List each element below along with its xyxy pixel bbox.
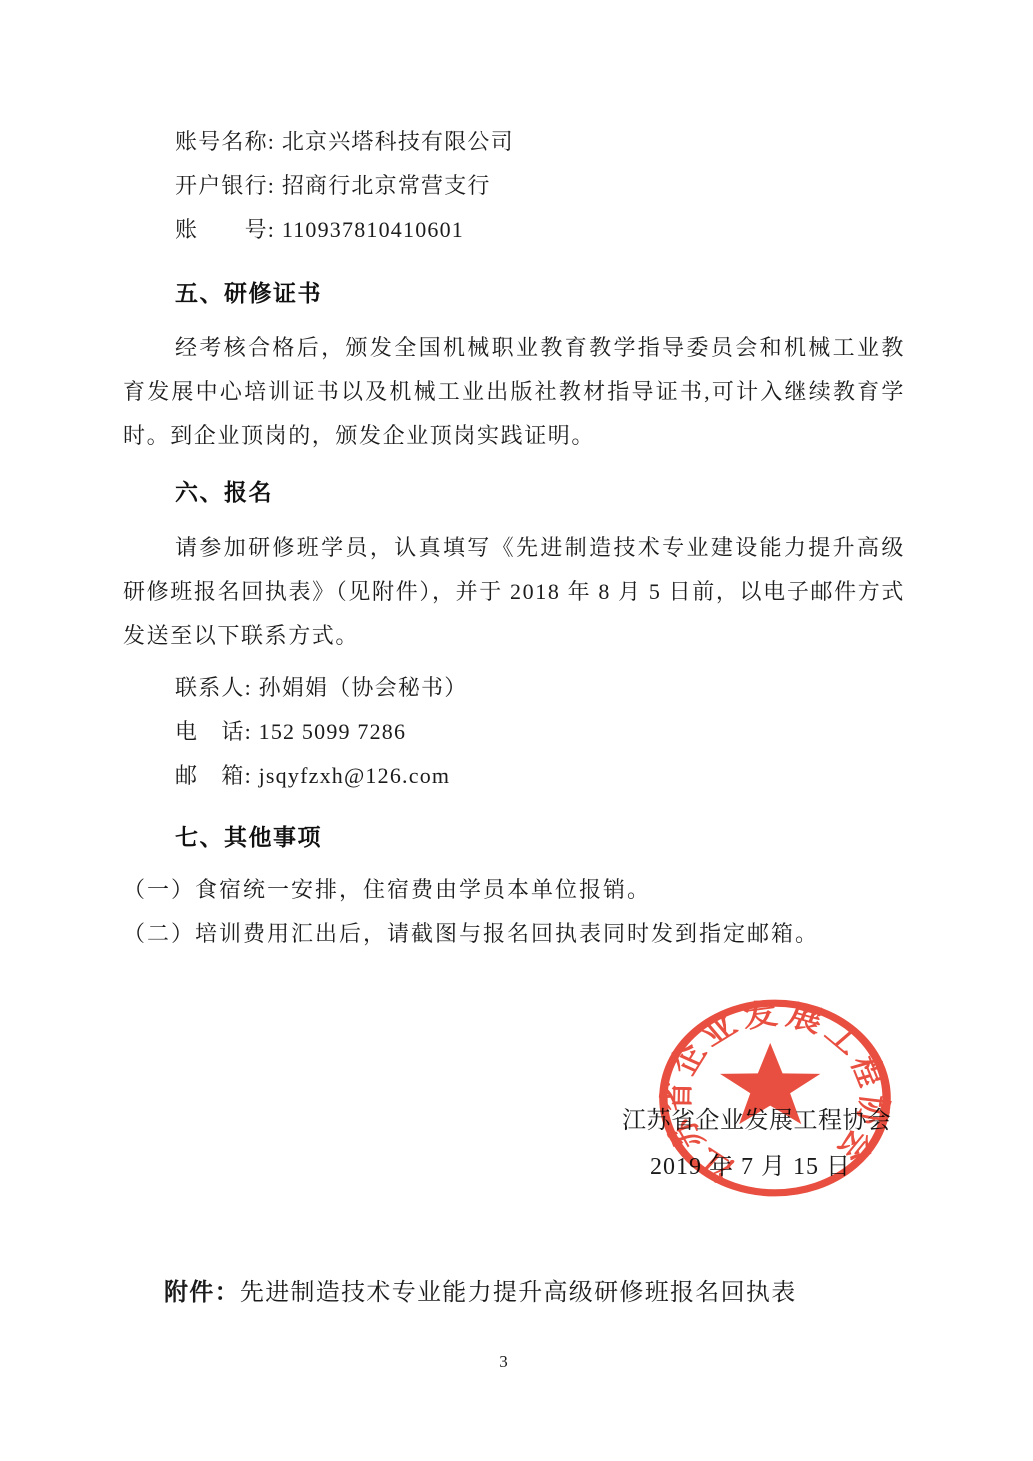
account-number-line: 账 号: 110937810410601 (123, 208, 905, 252)
contact-person-line: 联系人: 孙娟娟（协会秘书） (123, 666, 905, 710)
account-name-line: 账号名称: 北京兴塔科技有限公司 (123, 120, 905, 164)
page-number: 3 (0, 1352, 1020, 1372)
section6-heading: 六、报名 (123, 470, 957, 514)
document-page: 账号名称: 北京兴塔科技有限公司 开户银行: 招商行北京常营支行 账 号: 11… (0, 0, 1033, 1461)
section7-heading: 七、其他事项 (123, 815, 957, 859)
attachment-text: 先进制造技术专业能力提升高级研修班报名回执表 (240, 1280, 797, 1306)
section5-paragraph: 经考核合格后，颁发全国机械职业教育教学指导委员会和机械工业教育发展中心培训证书以… (123, 326, 905, 458)
section5-heading: 五、研修证书 (123, 271, 957, 315)
account-info-block: 账号名称: 北京兴塔科技有限公司 开户银行: 招商行北京常营支行 账 号: 11… (123, 120, 905, 252)
contact-phone-line: 电 话: 152 5099 7286 (123, 710, 905, 754)
seal-star-icon (720, 1043, 820, 1124)
section6-paragraph: 请参加研修班学员，认真填写《先进制造技术专业建设能力提升高级研修班报名回执表》（… (123, 526, 905, 658)
section7-items: （一）食宿统一安排，住宿费由学员本单位报销。 （二）培训费用汇出后，请截图与报名… (123, 868, 905, 956)
attachment-line: 附件：先进制造技术专业能力提升高级研修班报名回执表 (164, 1272, 797, 1307)
other-item-1: （一）食宿统一安排，住宿费由学员本单位报销。 (123, 868, 905, 912)
contact-block: 联系人: 孙娟娟（协会秘书） 电 话: 152 5099 7286 邮 箱: j… (123, 666, 905, 798)
contact-email-line: 邮 箱: jsqyfzxh@126.com (123, 754, 905, 798)
bank-line: 开户银行: 招商行北京常营支行 (123, 164, 905, 208)
official-seal-stamp: 江苏省企业发展工程协会 (655, 996, 895, 1200)
other-item-2: （二）培训费用汇出后，请截图与报名回执表同时发到指定邮箱。 (123, 912, 905, 956)
attachment-label: 附件： (164, 1279, 240, 1306)
